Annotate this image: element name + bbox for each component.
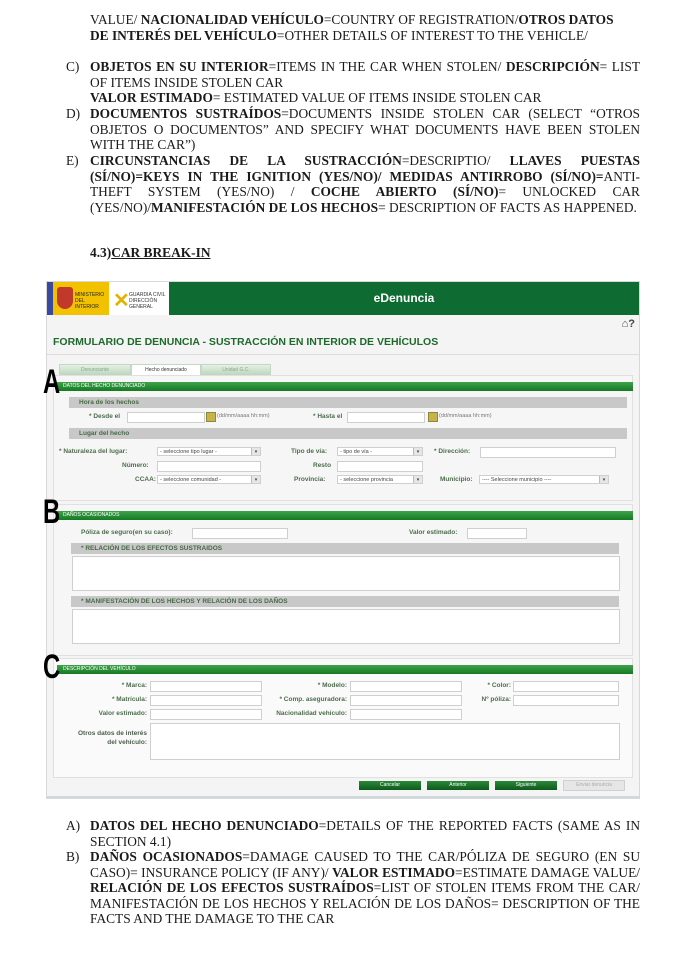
home-help-icons[interactable]: ⌂? — [622, 318, 635, 330]
poliza-label: Póliza de seguro(en su caso): — [81, 529, 173, 536]
ccaa-select[interactable]: - seleccione comunidad -▾ — [157, 475, 261, 484]
edenuncia-screenshot: MINISTERIO DEL INTERIOR ✕ GUARDIA CIVILD… — [46, 281, 640, 799]
section-title: CAR BREAK-IN — [111, 245, 210, 260]
calendar-icon[interactable] — [428, 412, 438, 422]
valor-estimado-label: Valor estimado: — [409, 529, 457, 536]
flag-icon — [47, 282, 53, 315]
num-poliza-label: Nº póliza: — [467, 696, 511, 703]
guardia-civil-logo: ✕ GUARDIA CIVILDIRECCIÓN GENERAL — [109, 282, 169, 315]
relacion-efectos-bar: * RELACIÓN DE LOS EFECTOS SUSTRAIDOS — [71, 543, 619, 554]
nacionalidad-input[interactable] — [350, 709, 462, 720]
modelo-label: * Modelo: — [247, 682, 347, 689]
list-item-text: DOCUMENTOS SUSTRAÍDOS=DOCUMENTS INSIDE S… — [90, 106, 640, 153]
list-item-text: DAÑOS OCASIONADOS=DAMAGE CAUSED TO THE C… — [90, 849, 640, 927]
ministerio-logo: MINISTERIO DEL INTERIOR — [47, 282, 109, 315]
list-item-label: B) — [66, 849, 79, 865]
direccion-label: * Dirección: — [434, 448, 470, 455]
color-label: * Color: — [467, 682, 511, 689]
hora-hechos-bar: Hora de los hechos — [69, 397, 627, 408]
desde-input[interactable] — [127, 412, 205, 423]
nacionalidad-label: Nacionalidad vehículo: — [247, 710, 347, 717]
resto-input[interactable] — [337, 461, 423, 472]
naturaleza-label: * Naturaleza del lugar: — [59, 448, 127, 455]
valor-vehiculo-input[interactable] — [150, 709, 262, 720]
ccaa-label: CCAA: — [135, 476, 156, 483]
section-c-title: DESCRIPCIÓN DEL VEHÍCULO — [57, 665, 633, 674]
divider — [47, 354, 639, 355]
chevron-down-icon: ▾ — [251, 448, 260, 456]
siguiente-button[interactable]: Siguiente — [495, 781, 557, 790]
divider — [47, 796, 639, 798]
calendar-icon[interactable] — [206, 412, 216, 422]
tipo-via-label: Tipo de vía: — [291, 448, 327, 455]
valor-estimado-input[interactable] — [467, 528, 527, 539]
list-item-label: C) — [66, 59, 79, 75]
municipio-select[interactable]: ---- Seleccione municipio ----▾ — [479, 475, 609, 484]
list-item-text: CIRCUNSTANCIAS DE LA SUSTRACCIÓN=DESCRIP… — [90, 153, 640, 215]
desde-label: * Desde el — [89, 413, 120, 420]
chevron-down-icon: ▾ — [599, 476, 608, 484]
cancelar-button[interactable]: Cancelar — [359, 781, 421, 790]
municipio-label: Municipio: — [440, 476, 473, 483]
list-item-text: DATOS DEL HECHO DENUNCIADO=DETAILS OF TH… — [90, 818, 640, 849]
hasta-input[interactable] — [347, 412, 425, 423]
section-c-panel — [53, 658, 633, 778]
otros-datos-label: Otros datos de interésdel vehículo: — [51, 729, 147, 747]
num-poliza-input[interactable] — [513, 695, 619, 706]
app-header: MINISTERIO DEL INTERIOR ✕ GUARDIA CIVILD… — [47, 282, 639, 315]
list-item-label: D) — [66, 106, 80, 122]
hasta-hint: (dd/mm/aaaa hh:mm) — [439, 413, 492, 419]
intro-line: DE INTERÉS DEL VEHÍCULO=OTHER DETAILS OF… — [90, 28, 640, 44]
anterior-button[interactable]: Anterior — [427, 781, 489, 790]
intro-line: VALUE/ NACIONALIDAD VEHÍCULO=COUNTRY OF … — [90, 12, 640, 28]
intro-paragraph: VALUE/ NACIONALIDAD VEHÍCULO=COUNTRY OF … — [90, 12, 640, 43]
comp-aseguradora-label: * Comp. aseguradora: — [247, 696, 347, 703]
coat-of-arms-icon — [57, 287, 73, 309]
list-item-label: E) — [66, 153, 79, 169]
hasta-label: * Hasta el — [313, 413, 342, 420]
direccion-input[interactable] — [480, 447, 616, 458]
marker-a: A — [43, 363, 60, 402]
section-number: 4.3) — [90, 245, 111, 260]
provincia-select[interactable]: - seleccione provincia▾ — [337, 475, 423, 484]
marca-input[interactable] — [150, 681, 262, 692]
provincia-label: Provincia: — [294, 476, 325, 483]
section-heading: 4.3)CAR BREAK-IN — [90, 245, 211, 261]
section-a-title: DATOS DEL HECHO DENUNCIADO — [57, 382, 633, 391]
list-item-label: A) — [66, 818, 80, 834]
chevron-down-icon: ▾ — [413, 448, 422, 456]
desde-hint: (dd/mm/aaaa hh:mm) — [217, 413, 270, 419]
numero-input[interactable] — [157, 461, 261, 472]
help-icon[interactable]: ? — [628, 318, 635, 330]
comp-aseguradora-input[interactable] — [350, 695, 462, 706]
manifestacion-bar: * MANIFESTACIÓN DE LOS HECHOS Y RELACIÓN… — [71, 596, 619, 607]
guardia-civil-emblem-icon: ✕ — [113, 288, 130, 313]
form-title: FORMULARIO DE DENUNCIA - SUSTRACCIÓN EN … — [53, 336, 438, 348]
color-input[interactable] — [513, 681, 619, 692]
list-item-text: OBJETOS EN SU INTERIOR=ITEMS IN THE CAR … — [90, 59, 640, 106]
matricula-input[interactable] — [150, 695, 262, 706]
manifestacion-textarea[interactable] — [72, 609, 620, 644]
resto-label: Resto — [313, 462, 331, 469]
poliza-input[interactable] — [192, 528, 288, 539]
guardia-civil-text: GUARDIA CIVILDIRECCIÓN GENERAL — [129, 292, 169, 310]
chevron-down-icon: ▾ — [413, 476, 422, 484]
lugar-hecho-bar: Lugar del hecho — [69, 428, 627, 439]
marker-c: C — [43, 648, 60, 687]
valor-vehiculo-label: Valor estimado: — [67, 710, 147, 717]
otros-datos-textarea[interactable] — [150, 723, 620, 760]
app-title: eDenuncia — [169, 282, 639, 315]
enviar-denuncia-button[interactable]: Enviar denuncia — [563, 780, 625, 791]
naturaleza-select[interactable]: - seleccione tipo lugar -▾ — [157, 447, 261, 456]
tipo-via-select[interactable]: - tipo de vía -▾ — [337, 447, 423, 456]
modelo-input[interactable] — [350, 681, 462, 692]
marca-label: * Marca: — [87, 682, 147, 689]
ministerio-text: MINISTERIO DEL INTERIOR — [75, 292, 109, 310]
relacion-efectos-textarea[interactable] — [72, 556, 620, 591]
section-b-title: DAÑOS OCASIONADOS — [57, 511, 633, 520]
matricula-label: * Matrícula: — [77, 696, 147, 703]
chevron-down-icon: ▾ — [251, 476, 260, 484]
marker-b: B — [43, 493, 60, 532]
numero-label: Número: — [122, 462, 149, 469]
